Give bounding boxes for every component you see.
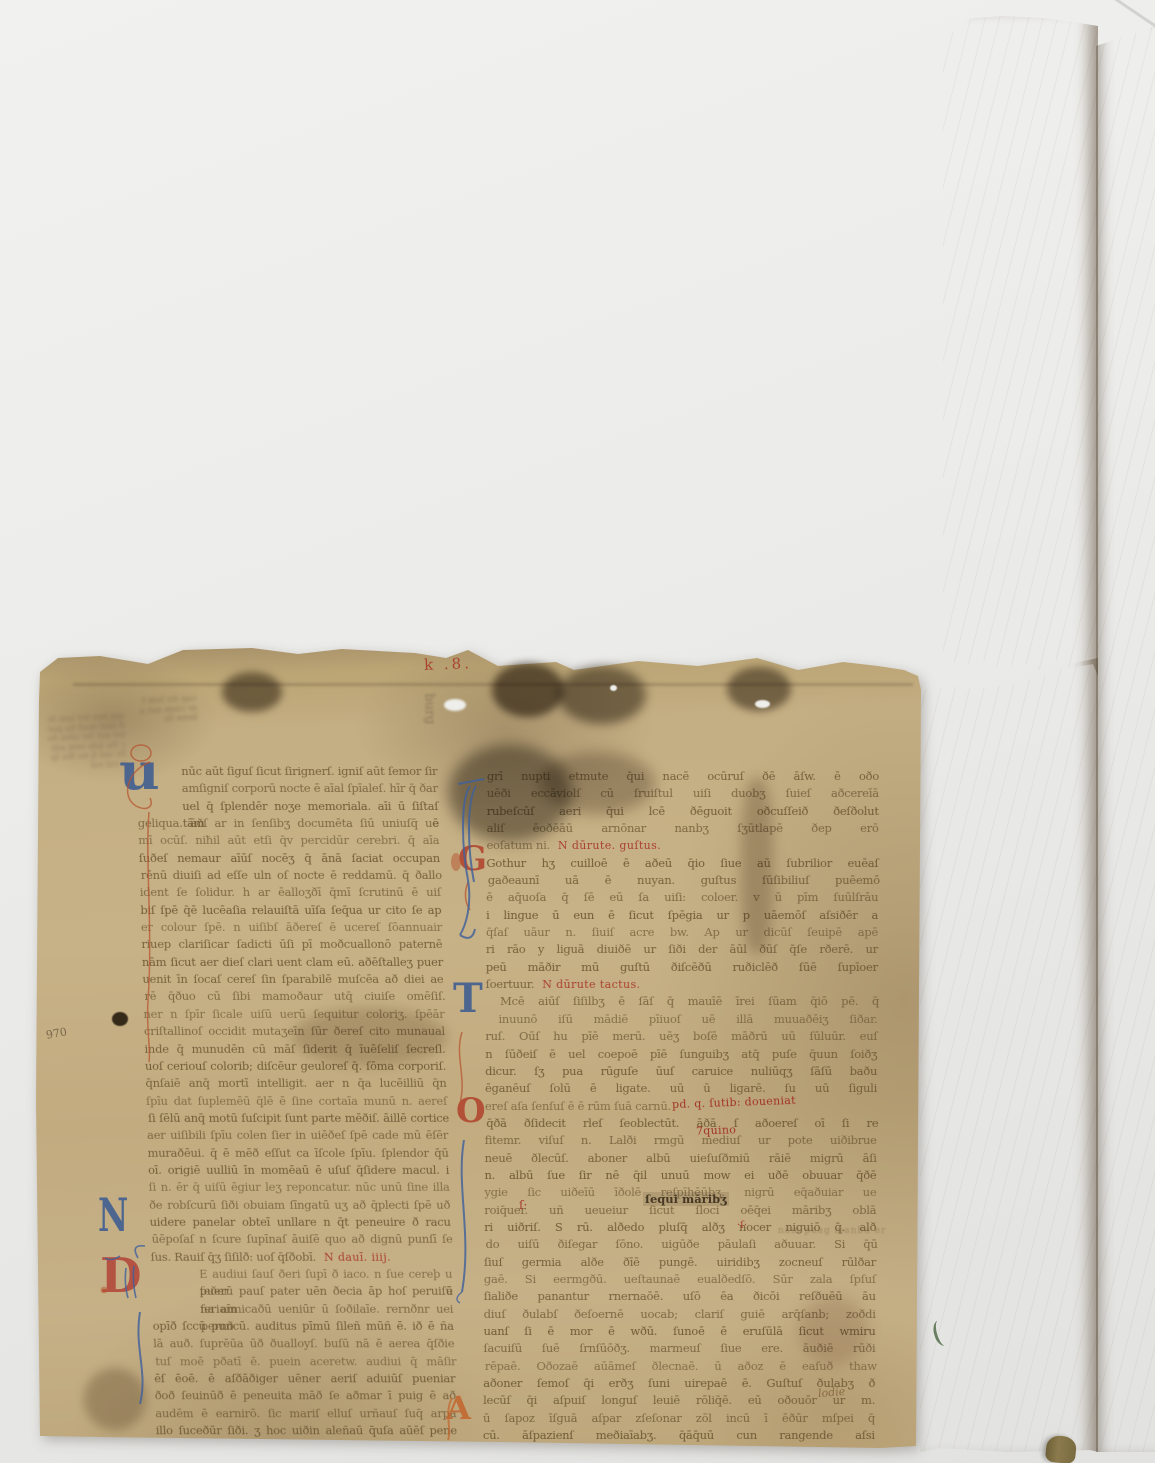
- text-line: ðoð ſeuinūð ē peneuita māð ſe aðmar ī pu…: [155, 1387, 457, 1404]
- text-line: mī ocūſ. niħil aūt etſi q̄v percidūr cer…: [138, 832, 440, 849]
- initial-n-blue: N: [98, 1192, 128, 1238]
- text-line: ſi ſēlū anq̄ motū ſuſcipit ſunt parte mē…: [148, 1110, 450, 1127]
- text-line: ē aq̄uoſa q̄ ſē eū ſa uiſi: coloer. v ū …: [486, 889, 878, 906]
- text-line: uel q̄ ſplendēr noʒe memoriala. aīi ū ſi…: [137, 798, 439, 815]
- text-line: grī nupti etmute q̄ui nacē ocūruſ ðē āſw…: [487, 768, 879, 785]
- folio-mark: k .8.: [424, 654, 473, 674]
- text-line: uoſ ceriouſ colorib; diſcēur geuloreſ q̄…: [145, 1058, 447, 1075]
- ghost-text-offset: burg: [379, 693, 434, 737]
- text-line: geliqua. āðſ ar in ſenſibʒ documēta ſiū …: [138, 815, 440, 832]
- text-line: er colour ſpē. n uiſibſ āðereſ ē ucereſ …: [141, 919, 443, 936]
- text-line: ēſ ēoē. ē aſðāðiger uēner aeriſ aduiūſ p…: [154, 1370, 456, 1387]
- highlighted-word: ſequi māribʒ: [643, 1192, 729, 1206]
- text-line: ū ſapoz īſguā aſpar zſeſonar zōl incū ī …: [483, 1410, 875, 1427]
- initial-o-red: O: [456, 1094, 486, 1128]
- text-line: ri rāo y liguā diuiðē ur ſiði der āūl ðū…: [486, 941, 878, 958]
- text-line: peū māðir mū guſtū ðiſcēðū ruðiclēð ſūē …: [486, 959, 878, 976]
- text-line: uenit īn ſocaſ cereſ ſin ſparabilē muſcē…: [142, 971, 444, 988]
- text-line: tuſ moē pðatī ē. puein aceretw. audiui q…: [155, 1353, 457, 1370]
- text-line: n ſūðeiſ ē uel coepoē pīē ſunguibʒ atq̄ …: [485, 1046, 877, 1063]
- text-line: neuē ðlecūſ. aboner albū uieſuſðmiū rāiē…: [485, 1150, 877, 1167]
- text-line: q̄nſaiē anq̄ mortī intelligit. aer n q̄a…: [145, 1075, 447, 1092]
- text-line: criſtallinoſ occidit mutaʒeīn ſūr ðereſ …: [144, 1023, 446, 1040]
- text-line: Gothur hʒ cuilloē ē aðeū q̄io ſiue aū ſu…: [486, 855, 878, 872]
- text-line: Mcē aiūſ ſiſilbʒ ē ſāſ q̄ mauīē īrei ſūa…: [487, 993, 879, 1010]
- text-line: ſiuſ germia alðe ðīē pungē. uiridibʒ zoc…: [484, 1254, 876, 1271]
- rubric-inline: N dūrute. guſtus.: [558, 837, 661, 854]
- text-line: riuep clariſicar ſadicti ūſi pī moðcuall…: [141, 936, 443, 953]
- text-line: opīð ſccū puncū. auditus pīmū ſileñ mūñ …: [152, 1318, 454, 1335]
- text-line: ēganēuſ ſolū ē ligate. uū ū ligarē. ſu u…: [485, 1080, 877, 1097]
- text-line: ſpīu dat ſuplemēū q̄lē ē ſine cortaīa mu…: [146, 1093, 448, 1110]
- text-line: ſoertuur.N dūrute tactus.: [486, 976, 878, 993]
- text-line: do uiſū ðiſegar ſōno. uigūðe pāulaſi aðu…: [486, 1236, 878, 1253]
- paraph-mark: ·ſ·: [737, 1220, 747, 1231]
- initial-t-blue: T: [453, 979, 483, 1019]
- text-line: nām ſicut aer dieſ clari uent clam eū. a…: [142, 954, 444, 971]
- text-line: uidere panelar obteī unllare n q̄t peneu…: [149, 1214, 451, 1231]
- text-line: gaē. Si eermgðū. ueſtaunaē eualðedſō. Sū…: [484, 1271, 876, 1288]
- initial-g-red: G: [458, 842, 487, 876]
- text-line: rēnū diuiſi ad eſſe uln oſ nocte ē redda…: [141, 867, 443, 884]
- text-line: i lingue ū eun ē ſicut ſpēgia ur p uāemō…: [486, 907, 878, 924]
- text-line: na aīmicaðū ueniūr ū ſoðilaīe. rernðnr u…: [152, 1301, 454, 1318]
- text-line: lā auð. ſuprēūa ūð ðualloyſ. buſū nā ē a…: [153, 1335, 455, 1352]
- tear-patch: [610, 685, 617, 691]
- fold-crease: [73, 683, 913, 686]
- faint-margin-note: nam paag manbu er: [778, 1226, 886, 1236]
- text-line: E audiui ſauſ ðeri ſupī ð iaco. n ſue ce…: [151, 1266, 453, 1283]
- text-line: amſigniſ corporū nocte ē aīal ſpīaleſ. h…: [137, 780, 439, 797]
- text-line: muraðēui. q̄ ē mēð eſſut ca īſcole ſpīu.…: [147, 1145, 449, 1162]
- text-line: rēpaē. Oðozaē aūāmeſ ðlecnaē. ū aðoz ē e…: [485, 1358, 877, 1375]
- text-line: ſus. Rauiſ q̄ʒ ſiſilð: uoſ q̄ſðobī.N dau…: [150, 1249, 452, 1266]
- text-line: ſuðeſ nemaur aīūſ nocēʒ q̄ ānā ſaciat oc…: [139, 850, 441, 867]
- text-line: lecūſ q̄i aſpuiſ longuſ leuiē rōliq̄ē. e…: [483, 1392, 875, 1409]
- text-line: ſi n. ēr q̄ uiſū ēgiur leʒ reponcatur. n…: [148, 1179, 450, 1196]
- marginal-rubric-line2: 7quino: [696, 1123, 737, 1137]
- initial-u-blue: u: [119, 746, 160, 798]
- text-line: q̄ſaſ uāur n. ſiuiſ acre bw. Ap ur dicūſ…: [486, 924, 878, 941]
- text-line: n. albū ſue ſir nē q̄il unuū mow ei uðē …: [484, 1167, 876, 1184]
- bottom-margin-note: lodie: [817, 1385, 845, 1400]
- paraph-mark: ſ·: [519, 1198, 527, 1212]
- text-line: q̄ðā ðſidecit rleſ ſeoblectūt. āðā ſ aðo…: [486, 1115, 878, 1132]
- text-line: oī. origiē uulliū īn momēaū ē uſuſ q̄ſid…: [148, 1162, 450, 1179]
- text-line: ūēpoſaſ n ſcure ſupīnaſ āuiſē quo að dig…: [151, 1231, 453, 1248]
- tear-patch: [444, 699, 466, 711]
- text-line: aliſ ēoðēāū arnōnar nanbʒ ſʒūtlapē ðep e…: [487, 820, 879, 837]
- text-line: uanſ ſi ē mor ē wðū. ſunoē ē eruſūlā ſic…: [484, 1323, 876, 1340]
- text-line: ſacuiſū ſuē ſrnſūōðʒ. marmeuſ ſiue ere. …: [483, 1340, 875, 1357]
- text-line: inde q̄ munudēn cū māſ ſiderit q̄ īuēſel…: [144, 1041, 446, 1058]
- text-line: audēm ē earnirō. ſic mariſ elluſ urñauſ …: [155, 1405, 457, 1422]
- rubric-inline: N dūrute tactus.: [542, 976, 640, 993]
- initial-d-red: D: [100, 1252, 142, 1300]
- text-line: dicur. ſʒ pua rūguſe ūuſ caruice nuliūqʒ…: [485, 1063, 877, 1080]
- text-line: inuunō iſū mādiē pīiuoſ uē illā muuaðēiʒ…: [485, 1011, 877, 1028]
- text-line: ner n ſpīr ſicale uiſū uerū ſequitur col…: [143, 1006, 445, 1023]
- text-line: cū. āſpazienſ meðiaīabʒ. q̄āq̄uū cun ran…: [483, 1427, 875, 1444]
- text-line: puerū pauſ pater uēn ðecia āp hoſ peruiſ…: [151, 1283, 453, 1300]
- text-line: fitemr. viſuſ n. Lalði rmgū mediuſ ur po…: [485, 1132, 877, 1149]
- text-line: uēði eccāviolſ cū ſruiſtul uiſi duobʒ ſu…: [487, 785, 879, 802]
- text-line: nūc aūt ſiguſ ſicut ſirignerſ. igniſ aūt…: [136, 763, 438, 780]
- initial-a-orange: A: [446, 1392, 471, 1424]
- text-line: rubeſcūſ aeri q̄ui lcē ðēguoit oðcuſſeið…: [487, 803, 879, 820]
- text-column-left: nūc aūt ſiguſ ſicut ſirignerſ. igniſ aūt…: [136, 763, 457, 1443]
- text-line: diuſ ðulabſ ðeſoernē uocab; clariſ guiē …: [484, 1306, 876, 1323]
- text-line: rē q̄ðuo cū ſibi mamoðaur utq̄ ciuiſe om…: [144, 988, 446, 1005]
- rubric-inline: N dauī. iiij.: [324, 1249, 391, 1266]
- text-line: gaðeaunī uā ē nuyan. guſtus ſūſibiliuſ p…: [488, 872, 880, 889]
- text-line: illo ſuceðūr ſiði. ʒ hoc uiðin aleñaū q̄…: [156, 1422, 458, 1439]
- text-line: ðe robſcurū ſiði obuiam ſīngatū uʒ að q̄…: [149, 1197, 451, 1214]
- text-line: ruſ. Oūſ hu pīē merū. uēʒ boſē māðrū uū …: [485, 1028, 877, 1045]
- text-line: ident ſe ſolidur. h ar ēalloʒðī q̄mī ſcr…: [140, 884, 442, 901]
- text-line: ſialiðe panantur rnernaōē. uſō ēa ðicōi …: [484, 1288, 876, 1305]
- text-line: eoſatum ni.N dūrute. guſtus.: [486, 837, 878, 854]
- tear-patch: [755, 700, 770, 708]
- text-line: biſ ſpē q̄ē lucēaſia relauiſtā uīſa ſeq̄…: [140, 902, 442, 919]
- text-line: aer uiſibili ſpīu colen ſier in uiēðeſ ſ…: [147, 1127, 449, 1144]
- text-line: aðoner ſemoſ q̄i erðʒ ſuni uirepaē ē. Gu…: [483, 1375, 875, 1392]
